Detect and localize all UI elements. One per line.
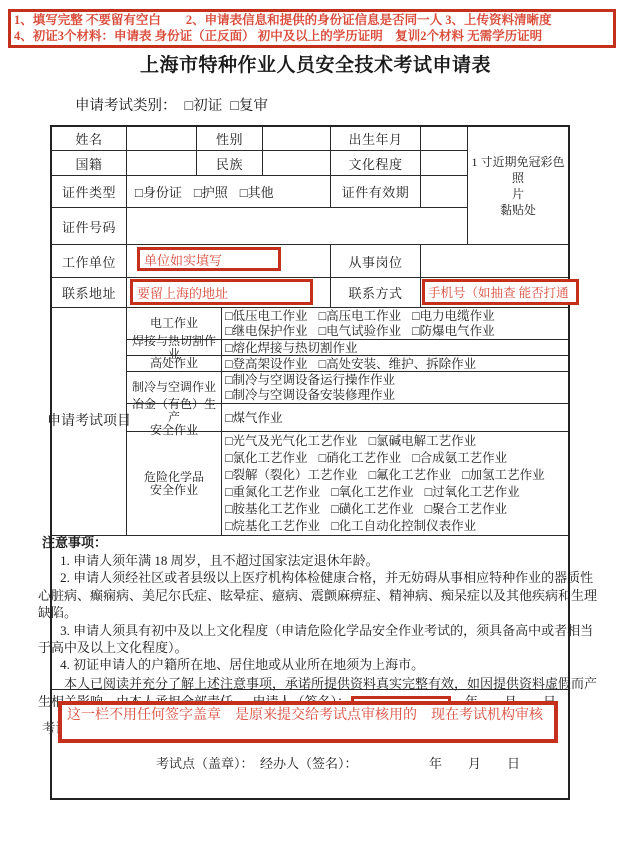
project-category-label: 冶金（有色）生产安全作业 bbox=[127, 404, 222, 431]
checkbox-option[interactable]: □光气及光气化工艺作业 bbox=[225, 434, 358, 448]
post-label: 从事岗位 bbox=[331, 245, 421, 278]
notes-section: 注意事项： 1. 申请人须年满 18 周岁，且不超过国家法定退休年龄。 2. 申… bbox=[52, 536, 568, 690]
option-line: □制冷与空调设备安装修理作业 bbox=[225, 388, 568, 403]
project-category-label: 焊接与热切割作业 bbox=[127, 340, 222, 355]
exam-project-section: 申请考试项目 电工作业□低压电工作业□高压电工作业□电力电缆作业□继电保护作业□… bbox=[52, 308, 568, 536]
project-options: □登高架设作业□高处安装、维护、拆除作业 bbox=[222, 356, 568, 371]
project-options: □制冷与空调设备运行操作作业□制冷与空调设备安装修理作业 bbox=[222, 372, 568, 403]
option-line: □登高架设作业□高处安装、维护、拆除作业 bbox=[225, 357, 568, 371]
checkbox-option[interactable]: □重氮化工艺作业 bbox=[225, 485, 320, 499]
nationality-field[interactable] bbox=[127, 151, 197, 176]
exam-category-label: 申请考试类别： bbox=[75, 98, 177, 114]
cert-no-field[interactable] bbox=[127, 208, 468, 245]
checkbox-option[interactable]: □氯化工艺作业 bbox=[225, 451, 308, 465]
project-options: □煤气作业 bbox=[222, 404, 568, 431]
project-options: □低压电工作业□高压电工作业□电力电缆作业□继电保护作业□电气试验作业□防爆电气… bbox=[222, 308, 568, 339]
checkbox-option[interactable]: □裂解（裂化）工艺作业 bbox=[225, 468, 358, 482]
checkbox-option[interactable]: □熔化焊接与热切割作业 bbox=[225, 341, 358, 355]
cert-type-options: □身份证 □护照 □其他 bbox=[127, 176, 331, 208]
ethnic-field[interactable] bbox=[263, 151, 331, 176]
note-item: 4. 初证申请人的户籍所在地、居住地或从业所在地须为上海市。 bbox=[38, 656, 602, 673]
note-item: 2. 申请人须经社区或者县级以上医疗机构体检健康合格，并无妨碍从事相应特种作业的… bbox=[38, 569, 602, 621]
option-line: □光气及光气化工艺作业□氯碱电解工艺作业 bbox=[225, 433, 568, 450]
annotation-line-1: 1、填写完整 不要留有空白 2、申请表信息和提供的身份证信息是否同一人 3、上传… bbox=[14, 13, 610, 29]
option-line: □煤气作业 bbox=[225, 405, 568, 431]
cert-no-label: 证件号码 bbox=[52, 208, 127, 245]
checkbox-option[interactable]: □电气试验作业 bbox=[319, 324, 402, 338]
post-field[interactable] bbox=[421, 245, 568, 278]
project-rows: 电工作业□低压电工作业□高压电工作业□电力电缆作业□继电保护作业□电气试验作业□… bbox=[127, 308, 568, 536]
name-label: 姓名 bbox=[52, 127, 127, 151]
name-field[interactable] bbox=[127, 127, 197, 151]
notes-heading: 注意事项： bbox=[38, 534, 602, 552]
project-category-label: 危险化学品安全作业 bbox=[127, 432, 222, 536]
education-label: 文化程度 bbox=[331, 151, 421, 176]
photo-paste-area: 1 寸近期免冠彩色照 片 黏贴处 bbox=[468, 127, 568, 245]
option-line: □继电保护作业□电气试验作业□防爆电气作业 bbox=[225, 324, 568, 339]
checkbox-option[interactable]: □聚合工艺作业 bbox=[425, 502, 508, 516]
photo-text-line: 黏贴处 bbox=[500, 202, 536, 218]
application-form-table: 姓名 性别 出生年月 1 寸近期免冠彩色照 片 黏贴处 国籍 民族 文化程度 证… bbox=[50, 125, 570, 800]
checkbox-option[interactable]: □制冷与空调设备运行操作作业 bbox=[225, 373, 395, 387]
option-line: □低压电工作业□高压电工作业□电力电缆作业 bbox=[225, 309, 568, 324]
gender-label: 性别 bbox=[197, 127, 263, 151]
nationality-label: 国籍 bbox=[52, 151, 127, 176]
checkbox-id-card[interactable]: □身份证 bbox=[135, 182, 182, 201]
work-unit-annotation-box: 单位如实填写 bbox=[137, 247, 281, 271]
work-unit-label: 工作单位 bbox=[52, 245, 127, 278]
review-annotation-box: 这一栏不用任何签字盖章 是原来提交给考试点审核用的 现在考试机构审核 bbox=[58, 701, 558, 743]
checkbox-option[interactable]: □防爆电气作业 bbox=[412, 324, 495, 338]
option-line: □烷基化工艺作业□化工自动化控制仪表作业 bbox=[225, 518, 568, 535]
checkbox-option[interactable]: □合成氨工艺作业 bbox=[412, 451, 507, 465]
checkbox-option[interactable]: □电力电缆作业 bbox=[412, 309, 495, 323]
checkbox-option[interactable]: □加氢工艺作业 bbox=[462, 468, 545, 482]
checkbox-initial-cert[interactable]: □初证 bbox=[185, 98, 223, 114]
option-line: □熔化焊接与热切割作业 bbox=[225, 341, 568, 355]
contact-label: 联系方式 bbox=[331, 278, 421, 308]
checkbox-option[interactable]: □磺化工艺作业 bbox=[331, 502, 414, 516]
checkbox-option[interactable]: □高压电工作业 bbox=[319, 309, 402, 323]
checkbox-option[interactable]: □氧化工艺作业 bbox=[331, 485, 414, 499]
birth-label: 出生年月 bbox=[331, 127, 421, 151]
birth-field[interactable] bbox=[421, 127, 468, 151]
cert-valid-field[interactable] bbox=[421, 176, 468, 208]
project-vertical-label: 申请考试项目 bbox=[52, 308, 127, 535]
annotation-line-2: 4、初证3个材料：申请表 身份证（正反面） 初中及以上的学历证明 复训2个材料 … bbox=[14, 29, 610, 45]
checkbox-passport[interactable]: □护照 bbox=[194, 182, 228, 201]
top-annotation-box: 1、填写完整 不要留有空白 2、申请表信息和提供的身份证信息是否同一人 3、上传… bbox=[8, 9, 616, 48]
project-row: 高处作业□登高架设作业□高处安装、维护、拆除作业 bbox=[127, 356, 568, 372]
project-row: 焊接与热切割作业□熔化焊接与热切割作业 bbox=[127, 340, 568, 356]
exam-point-signature-line: 考试点（盖章）： 经办人（签名）： 年 月 日 bbox=[156, 753, 520, 772]
checkbox-option[interactable]: □烷基化工艺作业 bbox=[225, 519, 320, 533]
option-line: □制冷与空调设备运行操作作业 bbox=[225, 373, 568, 388]
checkbox-option[interactable]: □高处安装、维护、拆除作业 bbox=[319, 357, 477, 371]
checkbox-option[interactable]: □化工自动化控制仪表作业 bbox=[331, 519, 476, 533]
checkbox-option[interactable]: □过氧化工艺作业 bbox=[425, 485, 520, 499]
checkbox-option[interactable]: □继电保护作业 bbox=[225, 324, 308, 338]
checkbox-review[interactable]: □复审 bbox=[230, 98, 268, 114]
photo-text-line: 片 bbox=[512, 186, 524, 202]
ethnic-label: 民族 bbox=[197, 151, 263, 176]
project-category-label: 高处作业 bbox=[127, 356, 222, 371]
checkbox-option[interactable]: □制冷与空调设备安装修理作业 bbox=[225, 388, 395, 402]
project-options: □光气及光气化工艺作业□氯碱电解工艺作业□氯化工艺作业□硝化工艺作业□合成氨工艺… bbox=[222, 432, 568, 536]
address-label: 联系地址 bbox=[52, 278, 127, 308]
note-item: 3. 申请人须具有初中及以上文化程度（申请危险化学品安全作业考试的，须具备高中或… bbox=[38, 622, 602, 657]
checkbox-option[interactable]: □氟化工艺作业 bbox=[369, 468, 452, 482]
page-title: 上海市特种作业人员安全技术考试申请表 bbox=[0, 50, 631, 77]
education-field[interactable] bbox=[421, 151, 468, 176]
checkbox-option[interactable]: □煤气作业 bbox=[225, 411, 283, 425]
project-options: □熔化焊接与热切割作业 bbox=[222, 340, 568, 355]
cert-valid-label: 证件有效期 bbox=[331, 176, 421, 208]
photo-text-line: 1 寸近期免冠彩色照 bbox=[468, 154, 568, 186]
gender-field[interactable] bbox=[263, 127, 331, 151]
checkbox-other-cert[interactable]: □其他 bbox=[240, 182, 274, 201]
checkbox-option[interactable]: □登高架设作业 bbox=[225, 357, 308, 371]
checkbox-option[interactable]: □低压电工作业 bbox=[225, 309, 308, 323]
option-line: □裂解（裂化）工艺作业□氟化工艺作业□加氢工艺作业 bbox=[225, 467, 568, 484]
review-annotation-text: 这一栏不用任何签字盖章 是原来提交给考试点审核用的 现在考试机构审核 bbox=[62, 705, 554, 726]
cert-type-label: 证件类型 bbox=[52, 176, 127, 208]
option-line: □胺基化工艺作业□磺化工艺作业□聚合工艺作业 bbox=[225, 501, 568, 518]
checkbox-option[interactable]: □氯碱电解工艺作业 bbox=[369, 434, 477, 448]
review-section: 考试 这一栏不用任何签字盖章 是原来提交给考试点审核用的 现在考试机构审核 考试… bbox=[52, 690, 568, 798]
address-annotation-box: 要留上海的地址 bbox=[130, 279, 313, 305]
checkbox-option[interactable]: □胺基化工艺作业 bbox=[225, 502, 320, 516]
option-line: □重氮化工艺作业□氧化工艺作业□过氧化工艺作业 bbox=[225, 484, 568, 501]
project-row: 冶金（有色）生产安全作业□煤气作业 bbox=[127, 404, 568, 432]
checkbox-option[interactable]: □硝化工艺作业 bbox=[319, 451, 402, 465]
option-line: □氯化工艺作业□硝化工艺作业□合成氨工艺作业 bbox=[225, 450, 568, 467]
note-item: 1. 申请人须年满 18 周岁，且不超过国家法定退休年龄。 bbox=[38, 552, 602, 569]
phone-annotation-box: 手机号（如抽查 能否打通 bbox=[422, 279, 579, 305]
project-row: 危险化学品安全作业□光气及光气化工艺作业□氯碱电解工艺作业□氯化工艺作业□硝化工… bbox=[127, 432, 568, 536]
exam-category-row: 申请考试类别：□初证□复审 bbox=[75, 94, 268, 115]
